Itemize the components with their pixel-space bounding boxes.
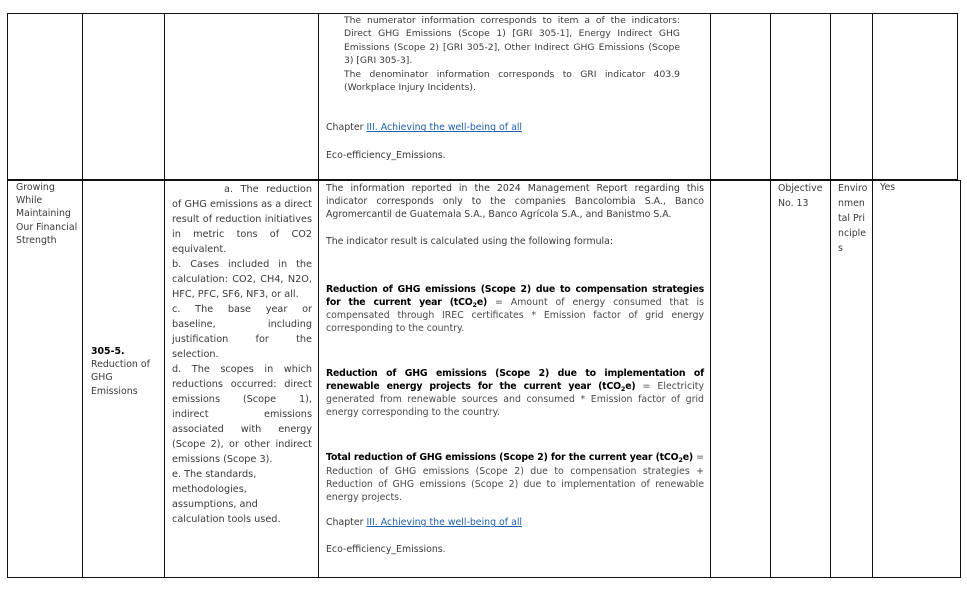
- omission-cell: [711, 181, 771, 578]
- chapter-reference: Chapter III. Achieving the well-being of…: [326, 121, 704, 134]
- requirement-c: c. The base year or baseline, including …: [172, 302, 312, 362]
- content-cell: The numerator information corresponds to…: [319, 14, 711, 180]
- section-reference: Eco-efficiency_Emissions.: [326, 543, 704, 556]
- pillar-text: Growing While Maintaining Our Financial …: [8, 181, 82, 247]
- sdg-text: Objective No. 13: [771, 181, 830, 211]
- indicator-code: 305-5.: [91, 345, 160, 358]
- principle-cell: Environmental Principles: [831, 181, 873, 578]
- principle-cell: [831, 14, 873, 180]
- sdg-cell: [771, 14, 831, 180]
- indicator-cell: [83, 14, 165, 180]
- assurance-cell: Yes: [873, 181, 961, 578]
- table-row: The numerator information corresponds to…: [8, 14, 958, 180]
- numerator-note: The numerator information corresponds to…: [344, 14, 680, 68]
- formula-total: Total reduction of GHG emissions (Scope …: [326, 451, 704, 504]
- denominator-note: The denominator information corresponds …: [344, 68, 680, 95]
- scope-note: The information reported in the 2024 Man…: [326, 182, 704, 222]
- formula-compensation: Reduction of GHG emissions (Scope 2) due…: [326, 283, 704, 336]
- requirement-d: d. The scopes in which reductions occurr…: [172, 362, 312, 467]
- principle-text: Environmental Principles: [831, 181, 872, 256]
- assurance-cell: [873, 14, 958, 180]
- requirements-cell: [165, 14, 319, 180]
- indicator-cell: 305-5. Reduction of GHG Emissions: [83, 181, 165, 578]
- pillar-cell: [8, 14, 83, 180]
- requirements-cell: a. The reduction of GHG emissions as a d…: [165, 181, 319, 578]
- gri-table-bottom: Growing While Maintaining Our Financial …: [7, 180, 961, 578]
- formula-renewable: Reduction of GHG emissions (Scope 2) due…: [326, 367, 704, 420]
- assurance-text: Yes: [873, 181, 960, 194]
- indicator-name: Reduction of GHG Emissions: [91, 358, 160, 398]
- table-row: Growing While Maintaining Our Financial …: [8, 181, 961, 578]
- gri-table-top: The numerator information corresponds to…: [7, 13, 958, 180]
- section-reference: Eco-efficiency_Emissions.: [326, 149, 704, 162]
- chapter-link[interactable]: III. Achieving the well-being of all: [366, 517, 522, 528]
- content-cell: The information reported in the 2024 Man…: [319, 181, 711, 578]
- omission-cell: [711, 14, 771, 180]
- sdg-cell: Objective No. 13: [771, 181, 831, 578]
- requirement-b: b. Cases included in the calculation: CO…: [172, 257, 312, 302]
- chapter-link[interactable]: III. Achieving the well-being of all: [366, 122, 522, 133]
- requirement-e: e. The standards, methodologies, assumpt…: [172, 467, 312, 527]
- formula-intro: The indicator result is calculated using…: [326, 235, 704, 248]
- pillar-cell: Growing While Maintaining Our Financial …: [8, 181, 83, 578]
- requirement-a: a. The reduction of GHG emissions as a d…: [172, 182, 312, 257]
- chapter-reference: Chapter III. Achieving the well-being of…: [326, 516, 704, 529]
